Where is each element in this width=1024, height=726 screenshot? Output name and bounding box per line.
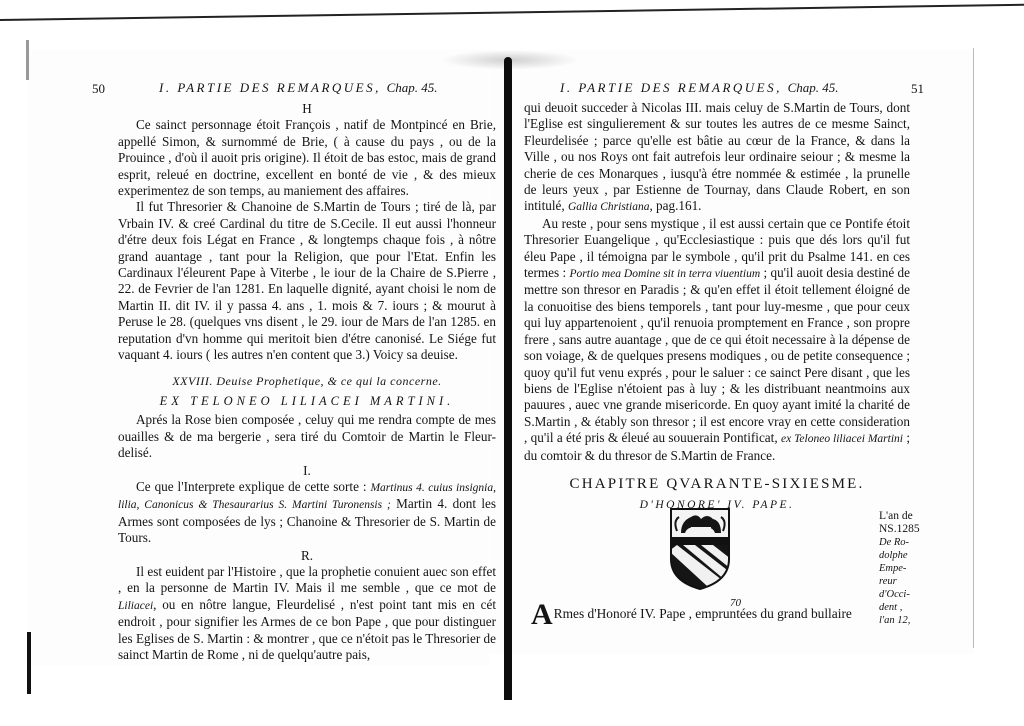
- paragraph: Aprés la Rose bien composée , celuy qui …: [118, 412, 496, 461]
- right-page-edge: [973, 48, 974, 648]
- text-run: ; qu'il auoit desia destiné de mettre so…: [524, 265, 910, 445]
- running-head-title: I. PARTIE DES REMARQUES, Chap. 45.: [560, 80, 839, 96]
- arms-caption: ARmes d'Honoré IV. Pape , empruntées du …: [531, 598, 852, 632]
- left-page-edge: [26, 40, 29, 80]
- marginal-line: L'an de: [879, 510, 939, 523]
- marginal-line: NS.1285: [879, 523, 939, 536]
- paragraph: Ce que l'Interprete explique de cette so…: [118, 479, 496, 547]
- paragraph: Au reste , pour sens mystique , il est a…: [524, 216, 910, 464]
- marginal-line: De Ro-: [879, 536, 939, 549]
- running-head-text: I. PARTIE DES REMARQUES,: [159, 80, 381, 95]
- paragraph: qui deuoit succeder à Nicolas III. mais …: [524, 100, 910, 216]
- latin-motto: EX TELONEO LILIACEI MARTINI.: [118, 393, 496, 409]
- marginal-line: d'Occi-: [879, 588, 939, 601]
- latin-quote: ex Teloneo liliacei Martini: [781, 433, 903, 445]
- running-head-text: I. PARTIE DES REMARQUES,: [560, 80, 782, 95]
- paragraph: Il fut Thresorier & Chanoine de S.Martin…: [118, 199, 496, 363]
- marginal-line: l'an 12,: [879, 614, 939, 627]
- latin-title: Gallia Christiana: [568, 201, 649, 213]
- marginal-line: Empe-: [879, 562, 939, 575]
- left-page-edge-dark: [27, 632, 31, 694]
- marginal-line: dent ,: [879, 601, 939, 614]
- scan-top-edge: [0, 4, 1024, 21]
- marginal-line: reur: [879, 575, 939, 588]
- right-page: I. PARTIE DES REMARQUES, Chap. 45. 51 qu…: [524, 80, 910, 514]
- text-run: qui deuoit succeder à Nicolas III. mais …: [524, 100, 910, 213]
- running-head-chapter: Chap. 45.: [788, 80, 839, 95]
- book-gutter: [504, 57, 512, 700]
- page-number: 51: [911, 81, 924, 97]
- section-letter-i: I.: [118, 463, 496, 479]
- left-page: 50 I. PARTIE DES REMARQUES, Chap. 45. H …: [118, 80, 496, 663]
- running-head: I. PARTIE DES REMARQUES, Chap. 45. 51: [524, 80, 910, 100]
- latin-quote: Portio mea Domine sit in terra viuentium: [570, 268, 761, 280]
- latin-word: Liliacei: [118, 600, 153, 612]
- text-run: Il est euident par l'Histoire , que la p…: [118, 564, 496, 595]
- paragraph: Il est euident par l'Histoire , que la p…: [118, 564, 496, 663]
- section-letter-r: R.: [118, 548, 496, 564]
- running-head-title: I. PARTIE DES REMARQUES, Chap. 45.: [159, 80, 438, 96]
- coat-of-arms-icon: [669, 507, 731, 590]
- drop-cap: A: [531, 598, 553, 631]
- section-letter-h: H: [118, 101, 496, 117]
- marginal-note: L'an de NS.1285 De Ro- dolphe Empe- reur…: [879, 510, 939, 627]
- marginal-line: dolphe: [879, 549, 939, 562]
- text-run: , ou en nôtre langue, Fleurdelisé , n'es…: [118, 597, 496, 662]
- running-head: 50 I. PARTIE DES REMARQUES, Chap. 45.: [118, 80, 496, 100]
- page-number: 50: [92, 81, 105, 97]
- arms-caption-text: Rmes d'Honoré IV. Pape , empruntées du g…: [554, 606, 852, 621]
- paragraph: Ce sainct personnage étoit François , na…: [118, 117, 496, 199]
- text-run: , pag.161.: [649, 198, 701, 213]
- running-head-chapter: Chap. 45.: [387, 80, 438, 95]
- text-run: Ce que l'Interprete explique de cette so…: [136, 479, 367, 494]
- devise-heading: XXVIII. Deuise Prophetique, & ce qui la …: [118, 373, 496, 389]
- chapter-title: CHAPITRE QVARANTE-SIXIESME.: [524, 476, 910, 492]
